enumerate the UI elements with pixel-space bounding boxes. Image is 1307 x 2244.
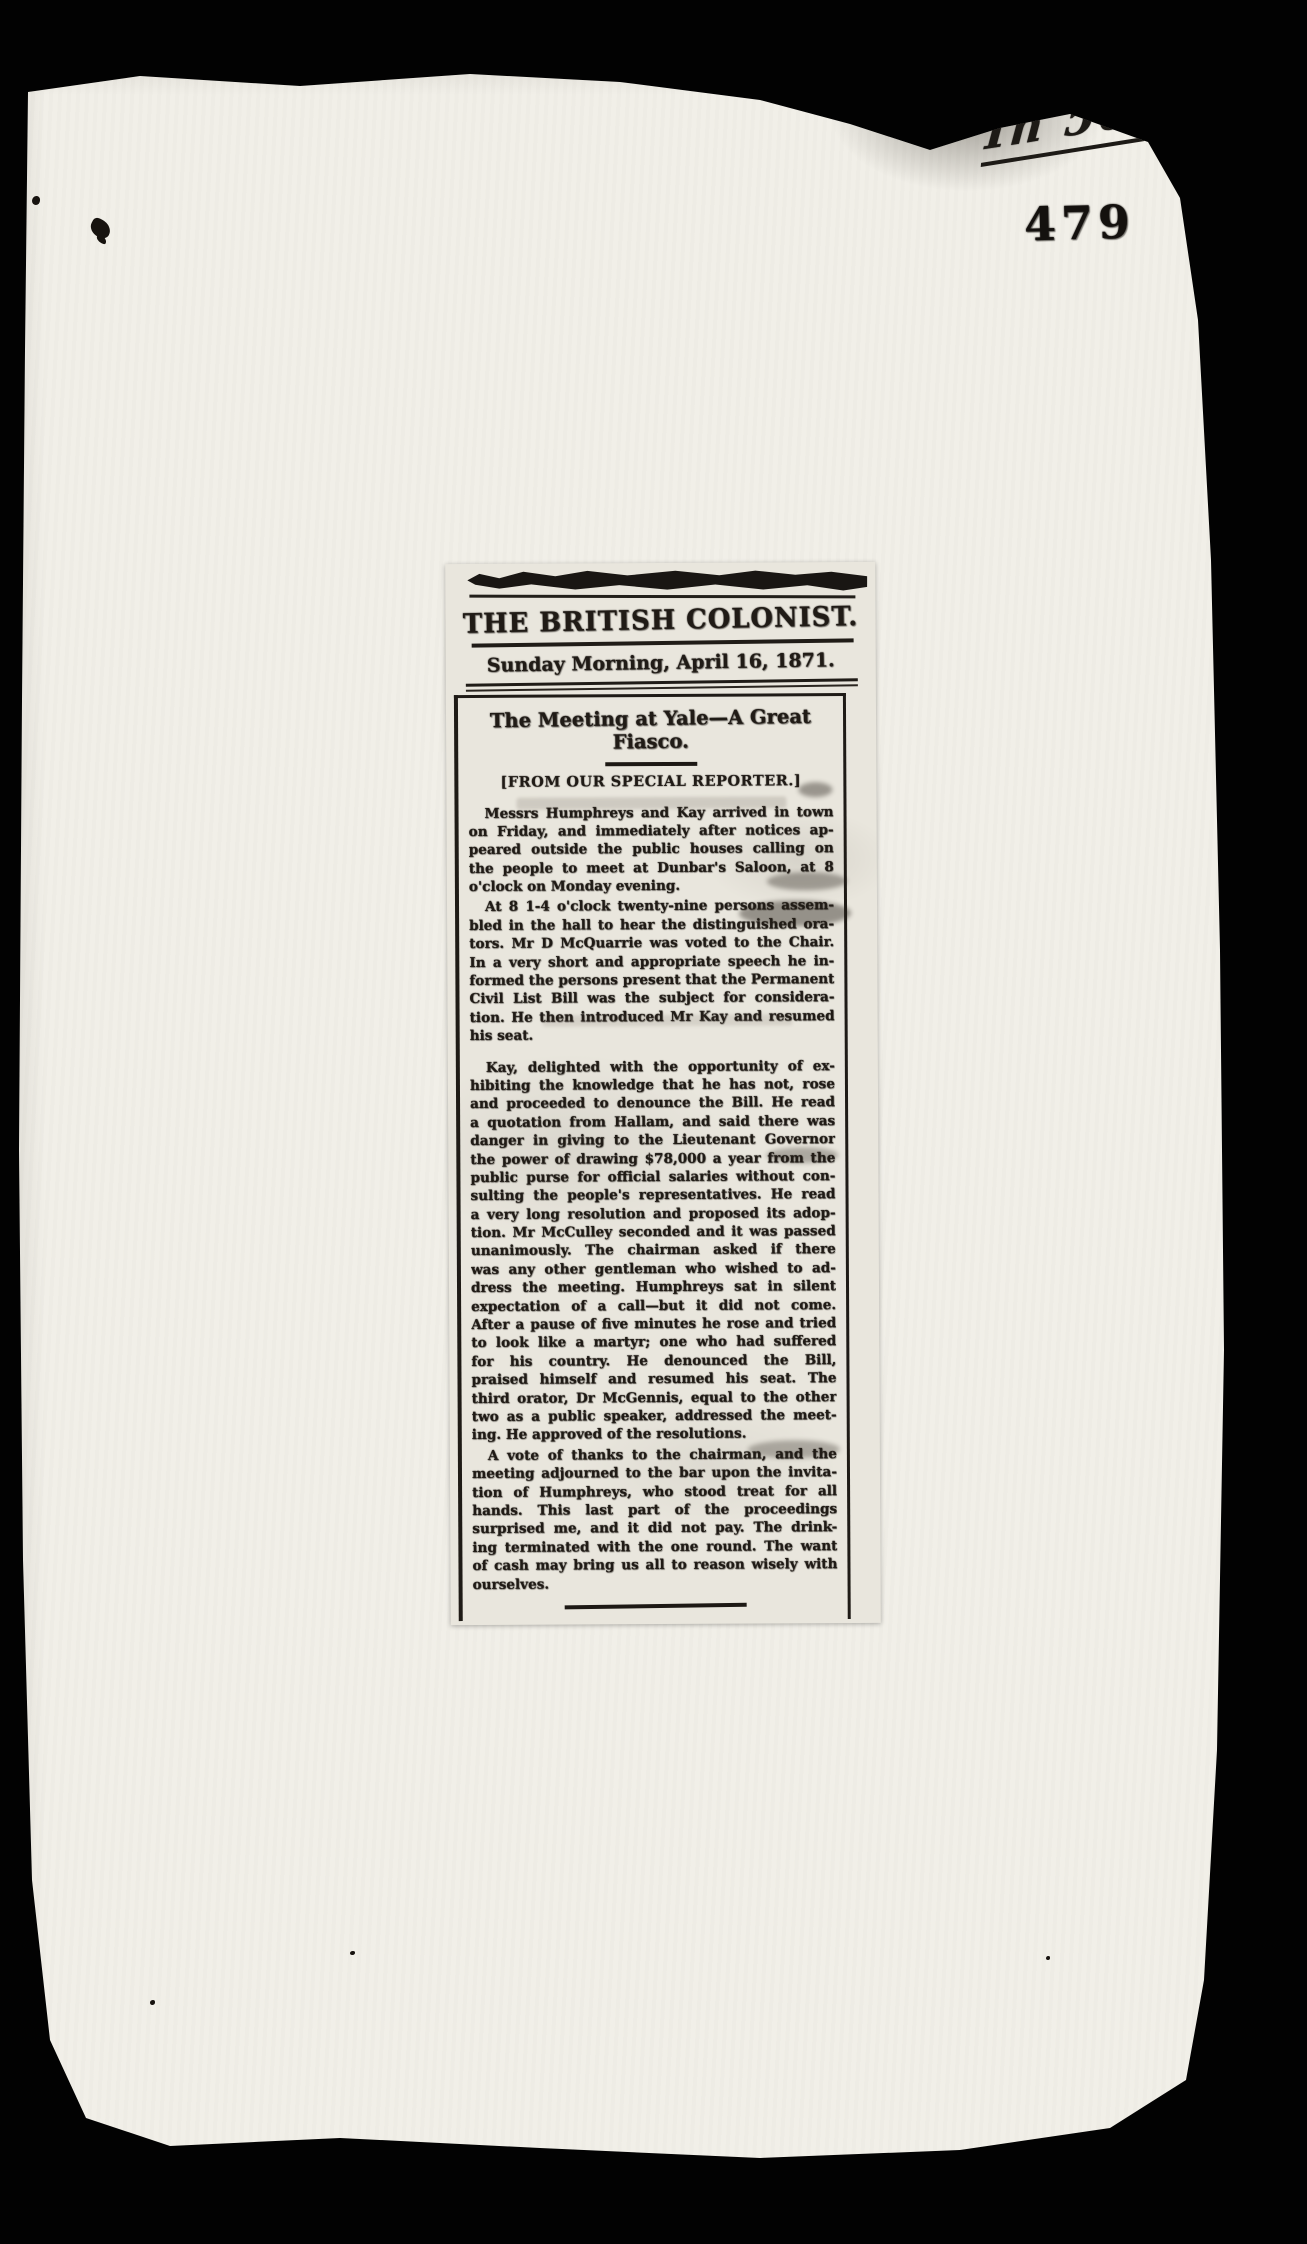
- dateline: Sunday Morning, April 16, 1871.: [446, 649, 876, 678]
- article-line: formed the persons present that the Perm…: [469, 970, 834, 990]
- article-headline: The Meeting at Yale—A Great Fiasco.: [468, 705, 834, 756]
- headline-divider: [605, 762, 697, 766]
- article-line: tion. Mr McCulley seconded and it was pa…: [471, 1222, 836, 1242]
- handwritten-year: 71: [1197, 117, 1270, 184]
- article-line: two as a public speaker, addressed the m…: [472, 1406, 837, 1426]
- page-number-stamp: 479: [1023, 195, 1135, 252]
- article-line: praised himself and resumed his seat. Th…: [471, 1369, 836, 1389]
- article-line: and proceeded to denounce the Bill. He r…: [470, 1093, 835, 1113]
- article-paragraph: Kay, delighted with the opportunity of e…: [470, 1057, 837, 1445]
- article-line: of cash may bring us all to reason wisel…: [472, 1555, 837, 1575]
- article-line: was any other gentleman who wished to ad…: [471, 1259, 836, 1279]
- article-line: hibiting the knowledge that he has not, …: [470, 1075, 835, 1095]
- article-line: expectation of a call—but it did not com…: [471, 1296, 836, 1316]
- article-line: on Friday, and immediately after notices…: [469, 821, 834, 841]
- article-line: sulting the people's representatives. He…: [470, 1185, 835, 1205]
- article-line: Kay, delighted with the opportunity of e…: [470, 1057, 835, 1077]
- article-line: a very long resolution and proposed its …: [471, 1204, 836, 1224]
- ink-smudge: [798, 782, 832, 797]
- handwritten-slash-stroke: [1189, 105, 1221, 158]
- article-line: dress the meeting. Humphreys sat in sile…: [471, 1277, 836, 1297]
- show-through-smudge: [516, 796, 786, 809]
- ink-speck: [1046, 1956, 1050, 1960]
- article-line: unanimously. The chairman asked if there: [471, 1241, 836, 1261]
- article-line: danger in giving to the Lieutenant Gover…: [470, 1130, 835, 1150]
- handwritten-annotation: In 5089 71: [979, 70, 1218, 166]
- masthead-rule: [472, 638, 854, 647]
- double-rule: [446, 678, 876, 692]
- handwritten-accession-number: In 5089: [981, 69, 1216, 167]
- torn-edge: [467, 568, 867, 591]
- article-line: to look like a martyr; one who had suffe…: [471, 1333, 836, 1353]
- article-line: a quotation from Hallam, and said there …: [470, 1112, 835, 1132]
- article-line: In a very short and appropriate speech h…: [469, 952, 834, 972]
- article-line: After a pause of five minutes he rose an…: [471, 1314, 836, 1334]
- article-line: tors. Mr D McQuarrie was voted to the Ch…: [469, 933, 834, 953]
- article-end-rule: [564, 1603, 746, 1610]
- article-line: tion of Humphreys, who stood treat for a…: [472, 1482, 837, 1502]
- scan-canvas: { "page": { "handwritten_accession": "In…: [0, 0, 1307, 2244]
- show-through-smudge: [543, 1014, 793, 1026]
- document-page: In 5089 71 479 THE BRITISH COLONIST. Sun…: [0, 0, 1307, 2244]
- article-line: peared outside the public houses calling…: [469, 839, 834, 859]
- ink-speck: [150, 2000, 155, 2005]
- article-line: hands. This last part of the proceedings: [472, 1500, 837, 1520]
- newspaper-clipping: THE BRITISH COLONIST. Sunday Morning, Ap…: [445, 562, 881, 1625]
- article-line: third orator, Dr McGennis, equal to the …: [472, 1388, 837, 1408]
- newspaper-masthead: THE BRITISH COLONIST.: [454, 601, 867, 640]
- article-line: ourselves.: [473, 1574, 838, 1594]
- ink-speck: [350, 1951, 355, 1955]
- article-line: ing terminated with the one round. The w…: [472, 1537, 837, 1557]
- masthead-rule: [469, 595, 855, 599]
- ink-speck: [32, 196, 40, 205]
- article-line: Civil List Bill was the subject for cons…: [469, 989, 834, 1009]
- article-byline: [FROM OUR SPECIAL REPORTER.]: [468, 772, 833, 791]
- ink-blot: [87, 216, 114, 241]
- article-line: public purse for official salaries witho…: [470, 1167, 835, 1187]
- article-line: for his country. He denounced the Bill,: [471, 1351, 836, 1371]
- article-line: his seat.: [470, 1025, 835, 1045]
- article-line: surprised me, and it did not pay. The dr…: [472, 1518, 837, 1538]
- article-paragraph: A vote of thanks to the chairman, and th…: [472, 1445, 838, 1594]
- article-line: meeting adjourned to the bar upon the in…: [472, 1463, 837, 1483]
